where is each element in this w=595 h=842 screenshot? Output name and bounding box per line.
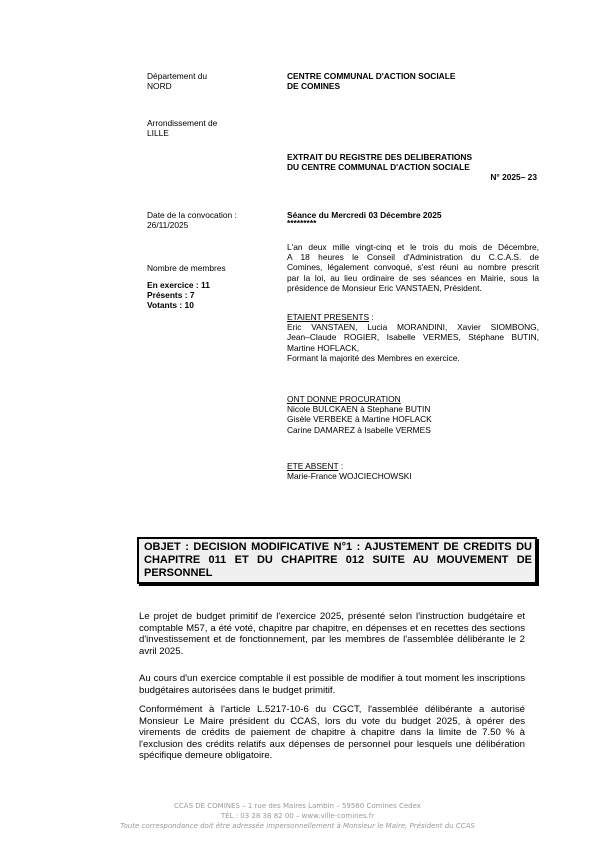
department-label: Département du bbox=[147, 71, 207, 81]
members-label: Nombre de membres bbox=[147, 263, 226, 273]
absent-line: Marie-France WOJCIECHOWSKI bbox=[287, 471, 412, 481]
presents-line: Formant la majorité des Membres en exerc… bbox=[287, 353, 539, 363]
paragraph-modification: Au cours d'un exercice comptable il est … bbox=[139, 673, 525, 696]
convocation-date: 26/11/2025 bbox=[147, 220, 237, 230]
procuration-line: Carine DAMAREZ à Isabelle VERMES bbox=[287, 425, 432, 435]
footer-notice: Toute correspondance doit être adressée … bbox=[0, 821, 595, 831]
arrondissement-label: Arrondissement de bbox=[147, 118, 217, 128]
footer: CCAS DE COMINES – 1 rue des Maires Lambi… bbox=[0, 801, 595, 831]
presents-line: Martine HOFLACK, bbox=[287, 343, 539, 353]
convocation-block: Date de la convocation : 26/11/2025 bbox=[147, 210, 237, 230]
presents-line: Jean–Claude ROGIER, Isabelle VERMES, Sté… bbox=[287, 332, 539, 342]
separator-stars: ********* bbox=[287, 220, 442, 227]
convocation-label: Date de la convocation : bbox=[147, 210, 237, 220]
extract-title: EXTRAIT DU REGISTRE DES DELIBERATIONS DU… bbox=[287, 152, 537, 183]
procuration-block: ONT DONNE PROCURATION Nicole BULCKAEN à … bbox=[287, 394, 432, 435]
procuration-heading: ONT DONNE PROCURATION bbox=[287, 394, 432, 404]
procuration-line: Gisèle VERBEKE à Martine HOFLACK bbox=[287, 414, 432, 424]
seance-title: Séance du Mercredi 03 Décembre 2025 ****… bbox=[287, 210, 442, 227]
seance-intro: L'an deux mille vingt-cinq et le trois d… bbox=[287, 242, 539, 293]
members-presents: Présents : 7 bbox=[147, 290, 210, 300]
organization-name: CENTRE COMMUNAL D'ACTION SOCIALE DE COMI… bbox=[287, 71, 455, 91]
paragraph-cgct: Conformément à l'article L.5217-10-6 du … bbox=[139, 704, 525, 762]
members-votants: Votants : 10 bbox=[147, 300, 210, 310]
presents-block: ETAIENT PRESENTS : Eric VANSTAEN, Lucia … bbox=[287, 312, 539, 363]
objet-box: OBJET : DECISION MODIFICATIVE N°1 : AJUS… bbox=[137, 537, 537, 584]
arrondissement-block: Arrondissement de LILLE bbox=[147, 118, 217, 138]
department-block: Département du NORD bbox=[147, 71, 207, 91]
members-counts: En exercice : 11 Présents : 7 Votants : … bbox=[147, 280, 210, 311]
deliberation-number: N° 2025– 23 bbox=[287, 172, 537, 182]
footer-address: CCAS DE COMINES – 1 rue des Maires Lambi… bbox=[0, 801, 595, 811]
presents-line: Eric VANSTAEN, Lucia MORANDINI, Xavier S… bbox=[287, 322, 539, 332]
members-en-exercice: En exercice : 11 bbox=[147, 280, 210, 290]
department-value: NORD bbox=[147, 81, 207, 91]
footer-contact: TÉL : 03 28 38 82 00 – www.ville-comines… bbox=[0, 811, 595, 821]
absent-block: ETE ABSENT : Marie-France WOJCIECHOWSKI bbox=[287, 461, 412, 481]
absent-heading: ETE ABSENT bbox=[287, 461, 339, 471]
paragraph-budget: Le projet de budget primitif de l'exerci… bbox=[139, 611, 525, 657]
arrondissement-value: LILLE bbox=[147, 128, 217, 138]
procuration-line: Nicole BULCKAEN à Stephane BUTIN bbox=[287, 404, 432, 414]
presents-heading: ETAIENT PRESENTS bbox=[287, 312, 369, 322]
